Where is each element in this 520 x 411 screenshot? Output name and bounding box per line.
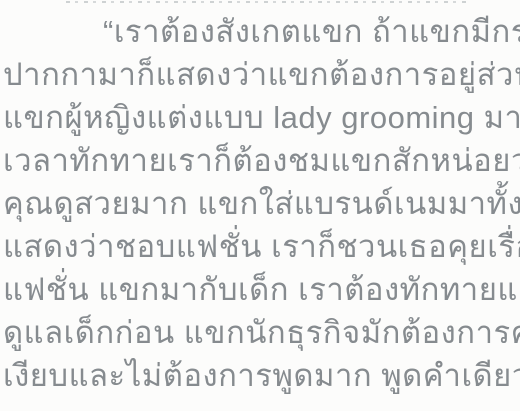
text-line: แสดงว่าชอบแฟชั่น เราก็ชวนเธอคุยเรื่อง bbox=[3, 225, 517, 268]
text-line: แฟชั่น แขกมากับเด็ก เราต้องทักทายและ bbox=[3, 268, 517, 311]
paragraph: “เราต้องสังเกตแขก ถ้าแขกมีกระดาษ ปากกามา… bbox=[3, 10, 517, 397]
text-line: ปากกามาก็แสดงว่าแขกต้องการอยู่ส่วนตัว bbox=[3, 53, 517, 96]
text-line: “เราต้องสังเกตแขก ถ้าแขกมีกระดาษ bbox=[3, 10, 517, 53]
book-page: “เราต้องสังเกตแขก ถ้าแขกมีกระดาษ ปากกามา… bbox=[0, 0, 520, 411]
text-line: เงียบและไม่ต้องการพูดมาก พูดคำเดียวรู้เร… bbox=[3, 354, 517, 397]
text-line: แขกผู้หญิงแต่งแบบ lady grooming มา bbox=[3, 96, 517, 139]
text-line: คุณดูสวยมาก แขกใส่แบรนด์เนมมาทั้งตัว bbox=[3, 182, 517, 225]
cropped-text-line-remnant bbox=[66, 1, 466, 3]
text-line: ดูแลเด็กก่อน แขกนักธุรกิจมักต้องการความ bbox=[3, 311, 517, 354]
text-line: เวลาทักทายเราก็ต้องชมแขกสักหน่อยว่า bbox=[3, 139, 517, 182]
